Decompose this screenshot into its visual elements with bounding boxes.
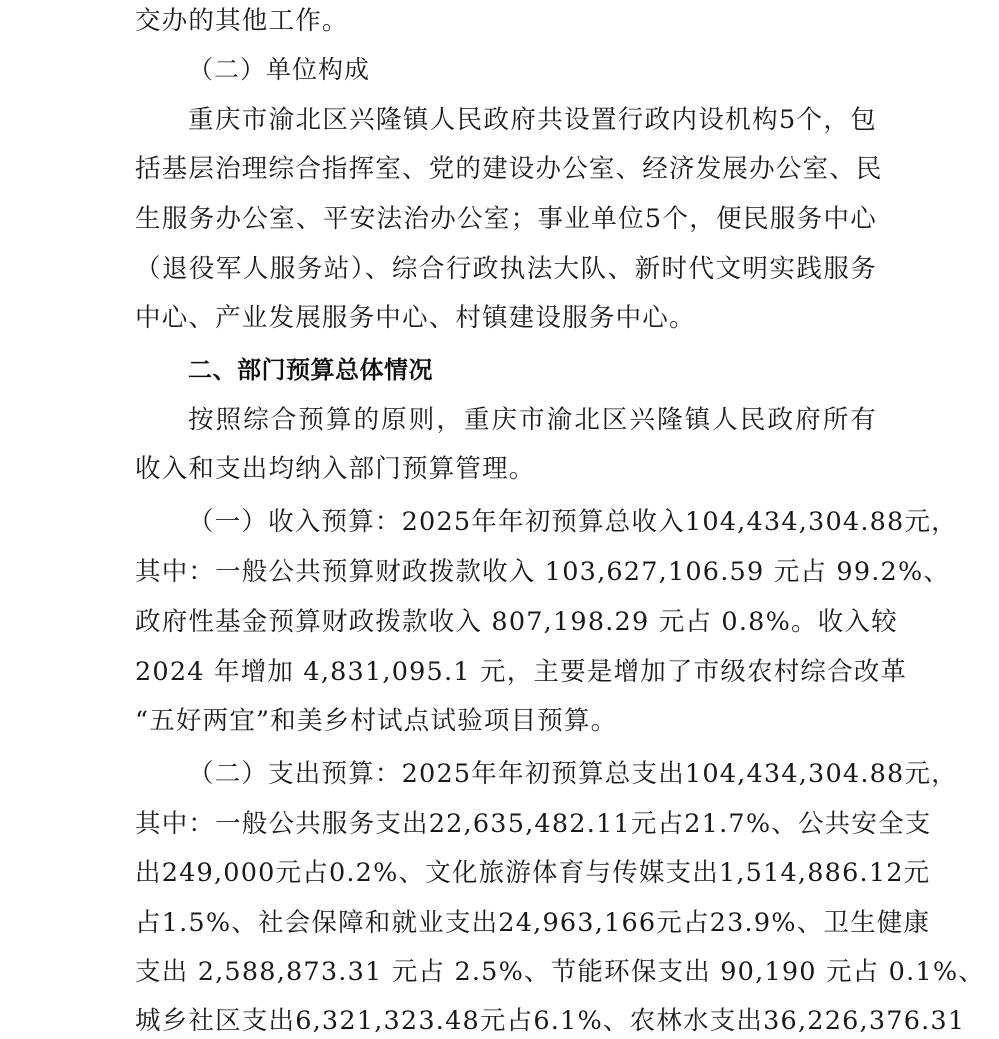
- section-heading-budget-overview: 二、部门预算总体情况: [188, 355, 433, 385]
- paragraph-line: 2024 年增加 4,831,095.1 元，主要是增加了市级农村综合改革: [135, 657, 877, 687]
- document-page: 交办的其他工作。 （二）单位构成 重庆市渝北区兴隆镇人民政府共设置行政内设机构5…: [0, 0, 999, 1039]
- paragraph-line: 支出 2,588,873.31 元占 2.5%、节能环保支出 90,190 元占…: [135, 957, 877, 987]
- paragraph-line: 政府性基金预算财政拨款收入 807,198.29 元占 0.8%。收入较: [135, 607, 877, 637]
- paragraph-line: 其中：一般公共服务支出22,635,482.11元占21.7%、公共安全支: [135, 809, 877, 839]
- income-budget-line: （一）收入预算：2025年年初预算总收入104,434,304.88元，: [188, 507, 877, 537]
- paragraph-line: 中心、产业发展服务中心、村镇建设服务中心。: [135, 303, 696, 333]
- paragraph-line: 生服务办公室、平安法治办公室；事业单位5个，便民服务中心: [135, 204, 877, 234]
- paragraph-line: 城乡社区支出6,321,323.48元占6.1%、农林水支出36,226,376…: [135, 1006, 877, 1036]
- expenditure-budget-line: （二）支出预算：2025年年初预算总支出104,434,304.88元，: [188, 759, 877, 789]
- paragraph-line: “五好两宜”和美乡村试点试验项目预算。: [135, 706, 617, 736]
- paragraph-line: 占1.5%、社会保障和就业支出24,963,166元占23.9%、卫生健康: [135, 908, 877, 938]
- section-heading-unit-composition: （二）单位构成: [188, 55, 370, 85]
- paragraph-line: （退役军人服务站）、综合行政执法大队、新时代文明实践服务: [135, 254, 877, 284]
- paragraph-line: 按照综合预算的原则，重庆市渝北区兴隆镇人民政府所有: [188, 405, 877, 435]
- paragraph-line: 括基层治理综合指挥室、党的建设办公室、经济发展办公室、民: [135, 154, 877, 184]
- paragraph-line: 出249,000元占0.2%、文化旅游体育与传媒支出1,514,886.12元: [135, 858, 877, 888]
- paragraph-line: 重庆市渝北区兴隆镇人民政府共设置行政内设机构5个，包: [188, 105, 877, 135]
- paragraph-line: 其中：一般公共预算财政拨款收入 103,627,106.59 元占 99.2%、: [135, 557, 877, 587]
- paragraph-line: 收入和支出均纳入部门预算管理。: [135, 454, 536, 484]
- paragraph-line: 交办的其他工作。: [135, 6, 349, 36]
